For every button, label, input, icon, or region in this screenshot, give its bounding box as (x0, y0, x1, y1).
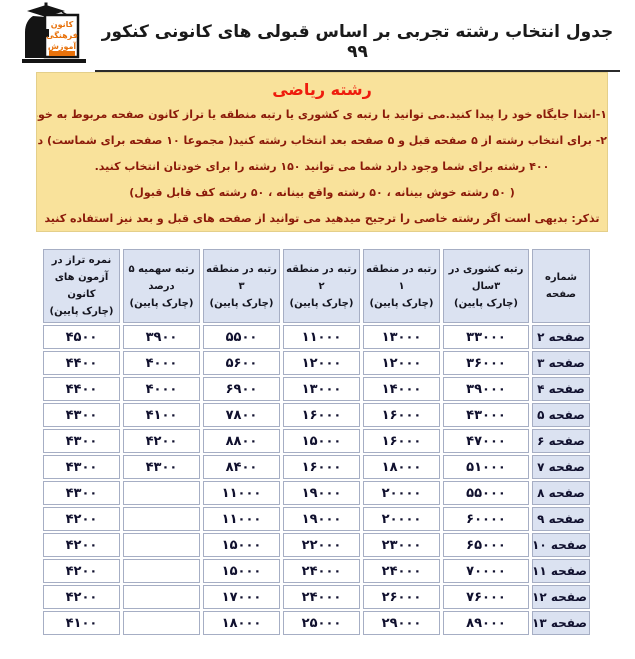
cell-region1: ۱۸۰۰۰ (363, 455, 440, 479)
cell-page: صفحه ۱۱ (532, 559, 590, 583)
col-header-sub: (چارک پایین) (285, 295, 358, 312)
cell-quota5: ۴۰۰۰ (123, 377, 200, 401)
cell-national: ۵۵۰۰۰ (443, 481, 529, 505)
col-header-national-rank: رتبه کشوری در ۳سال(چارک پایین) (443, 249, 529, 323)
cell-taraz: ۴۱۰۰ (43, 611, 120, 635)
cell-region3: ۵۵۰۰ (203, 325, 280, 349)
notice-line: ۱-ابتدا جایگاه خود را پیدا کنید.می توانی… (37, 102, 607, 128)
col-header-kanoon-score: نمره تراز در آزمون های کانون(چارک پایین) (43, 249, 120, 323)
cell-page: صفحه ۴ (532, 377, 590, 401)
table-row: صفحه ۳۳۶۰۰۰۱۲۰۰۰۱۲۰۰۰۵۶۰۰۴۰۰۰۴۴۰۰ (43, 351, 590, 375)
cell-region2: ۱۲۰۰۰ (283, 351, 360, 375)
cell-region3: ۵۶۰۰ (203, 351, 280, 375)
col-header-label: رتبه سهمیه ۵ درصد (128, 264, 194, 292)
col-header-quota5-rank: رتبه سهمیه ۵ درصد(چارک پایین) (123, 249, 200, 323)
cell-national: ۷۰۰۰۰ (443, 559, 529, 583)
cell-quota5 (123, 507, 200, 531)
cell-region2: ۲۲۰۰۰ (283, 533, 360, 557)
logo-word-2: فرهنگی (46, 30, 78, 40)
table-row: صفحه ۵۴۳۰۰۰۱۶۰۰۰۱۶۰۰۰۷۸۰۰۴۱۰۰۴۳۰۰ (43, 403, 590, 427)
cell-national: ۸۹۰۰۰ (443, 611, 529, 635)
page-title: جدول انتخاب رشته تجربی بر اساس قبولی های… (102, 22, 614, 62)
cell-region1: ۲۴۰۰۰ (363, 559, 440, 583)
cell-quota5 (123, 481, 200, 505)
table-row: صفحه ۱۰۶۵۰۰۰۲۳۰۰۰۲۲۰۰۰۱۵۰۰۰۴۲۰۰ (43, 533, 590, 557)
notice-line: تذکر: بدیهی است اگر رشته خاصی را ترجیح م… (37, 206, 607, 232)
col-header-label: رتبه در منطقه ۱ (366, 264, 437, 292)
cell-region1: ۲۰۰۰۰ (363, 481, 440, 505)
cell-quota5: ۴۰۰۰ (123, 351, 200, 375)
cell-national: ۳۶۰۰۰ (443, 351, 529, 375)
table-row: صفحه ۴۳۹۰۰۰۱۴۰۰۰۱۳۰۰۰۶۹۰۰۴۰۰۰۴۴۰۰ (43, 377, 590, 401)
cell-region1: ۲۳۰۰۰ (363, 533, 440, 557)
cell-page: صفحه ۷ (532, 455, 590, 479)
cell-region2: ۱۹۰۰۰ (283, 507, 360, 531)
cell-region3: ۷۸۰۰ (203, 403, 280, 427)
cell-region3: ۱۱۰۰۰ (203, 507, 280, 531)
cell-taraz: ۴۳۰۰ (43, 403, 120, 427)
cell-taraz: ۴۵۰۰ (43, 325, 120, 349)
cell-region1: ۱۶۰۰۰ (363, 403, 440, 427)
cell-page: صفحه ۹ (532, 507, 590, 531)
notice-line: ۴۰۰ رشته برای شما وجود دارد شما می توانی… (37, 154, 607, 180)
notice-box: رشته ریاضی ۱-ابتدا جایگاه خود را پیدا کن… (36, 72, 608, 232)
cell-region2: ۱۶۰۰۰ (283, 455, 360, 479)
cell-region2: ۱۵۰۰۰ (283, 429, 360, 453)
table-row: صفحه ۶۴۷۰۰۰۱۶۰۰۰۱۵۰۰۰۸۸۰۰۴۲۰۰۴۳۰۰ (43, 429, 590, 453)
document-header: جدول انتخاب رشته تجربی بر اساس قبولی های… (95, 22, 620, 72)
cell-region3: ۱۵۰۰۰ (203, 559, 280, 583)
cell-page: صفحه ۱۰ (532, 533, 590, 557)
cell-taraz: ۴۴۰۰ (43, 351, 120, 375)
cell-taraz: ۴۳۰۰ (43, 429, 120, 453)
col-header-region1-rank: رتبه در منطقه ۱(چارک پایین) (363, 249, 440, 323)
cell-taraz: ۴۳۰۰ (43, 481, 120, 505)
table-row: صفحه ۷۵۱۰۰۰۱۸۰۰۰۱۶۰۰۰۸۴۰۰۴۳۰۰۴۳۰۰ (43, 455, 590, 479)
col-header-sub: (چارک پایین) (45, 303, 118, 320)
logo-word-3: آموزش (48, 41, 77, 52)
cell-taraz: ۴۴۰۰ (43, 377, 120, 401)
cell-taraz: ۴۳۰۰ (43, 455, 120, 479)
cell-region3: ۱۷۰۰۰ (203, 585, 280, 609)
cell-region2: ۲۵۰۰۰ (283, 611, 360, 635)
cell-taraz: ۴۲۰۰ (43, 585, 120, 609)
cell-region2: ۱۶۰۰۰ (283, 403, 360, 427)
cell-quota5 (123, 585, 200, 609)
cell-region3: ۱۸۰۰۰ (203, 611, 280, 635)
cell-quota5: ۴۱۰۰ (123, 403, 200, 427)
cell-quota5 (123, 533, 200, 557)
notice-line: ( ۵۰ رشته خوش بینانه ، ۵۰ رشته واقع بینا… (37, 180, 607, 206)
col-header-sub: (چارک پایین) (445, 295, 527, 312)
cell-national: ۴۷۰۰۰ (443, 429, 529, 453)
col-header-label: رتبه کشوری در ۳سال (449, 264, 524, 292)
cell-region1: ۱۴۰۰۰ (363, 377, 440, 401)
cell-national: ۶۰۰۰۰ (443, 507, 529, 531)
cell-page: صفحه ۱۲ (532, 585, 590, 609)
cell-national: ۴۳۰۰۰ (443, 403, 529, 427)
cell-region1: ۱۶۰۰۰ (363, 429, 440, 453)
cell-region1: ۱۲۰۰۰ (363, 351, 440, 375)
cell-region2: ۲۴۰۰۰ (283, 559, 360, 583)
col-header-label: رتبه در منطقه ۲ (286, 264, 357, 292)
cell-national: ۳۳۰۰۰ (443, 325, 529, 349)
table-row: صفحه ۱۳۸۹۰۰۰۲۹۰۰۰۲۵۰۰۰۱۸۰۰۰۴۱۰۰ (43, 611, 590, 635)
cell-region3: ۸۸۰۰ (203, 429, 280, 453)
document-page: کانون فرهنگی آموزش جدول انتخاب رشته تجرب… (0, 0, 635, 659)
logo-word-1: کانون (51, 20, 74, 29)
col-header-sub: (چارک پایین) (205, 295, 278, 312)
cell-region2: ۱۱۰۰۰ (283, 325, 360, 349)
cell-taraz: ۴۲۰۰ (43, 559, 120, 583)
cell-taraz: ۴۲۰۰ (43, 507, 120, 531)
cell-national: ۵۱۰۰۰ (443, 455, 529, 479)
table-row: صفحه ۲۳۳۰۰۰۱۳۰۰۰۱۱۰۰۰۵۵۰۰۳۹۰۰۴۵۰۰ (43, 325, 590, 349)
cell-page: صفحه ۶ (532, 429, 590, 453)
graduate-logo-icon: کانون فرهنگی آموزش (12, 2, 88, 64)
cell-region1: ۲۹۰۰۰ (363, 611, 440, 635)
cell-region2: ۱۳۰۰۰ (283, 377, 360, 401)
cell-quota5: ۴۲۰۰ (123, 429, 200, 453)
col-header-sub: (چارک پایین) (365, 295, 438, 312)
table-row: صفحه ۹۶۰۰۰۰۲۰۰۰۰۱۹۰۰۰۱۱۰۰۰۴۲۰۰ (43, 507, 590, 531)
major-title: رشته ریاضی (37, 77, 607, 102)
cell-region3: ۶۹۰۰ (203, 377, 280, 401)
table-header-row: شماره صفحه رتبه کشوری در ۳سال(چارک پایین… (43, 249, 590, 323)
cell-region2: ۲۴۰۰۰ (283, 585, 360, 609)
cell-taraz: ۴۲۰۰ (43, 533, 120, 557)
cell-quota5: ۳۹۰۰ (123, 325, 200, 349)
table-row: صفحه ۱۲۷۶۰۰۰۲۶۰۰۰۲۴۰۰۰۱۷۰۰۰۴۲۰۰ (43, 585, 590, 609)
col-header-region2-rank: رتبه در منطقه ۲(چارک پایین) (283, 249, 360, 323)
col-header-label: رتبه در منطقه ۳ (206, 264, 277, 292)
cell-region1: ۲۶۰۰۰ (363, 585, 440, 609)
cell-region3: ۸۴۰۰ (203, 455, 280, 479)
cell-national: ۷۶۰۰۰ (443, 585, 529, 609)
col-header-region3-rank: رتبه در منطقه ۳(چارک پایین) (203, 249, 280, 323)
cell-quota5: ۴۳۰۰ (123, 455, 200, 479)
cell-quota5 (123, 611, 200, 635)
cell-page: صفحه ۵ (532, 403, 590, 427)
table-row: صفحه ۱۱۷۰۰۰۰۲۴۰۰۰۲۴۰۰۰۱۵۰۰۰۴۲۰۰ (43, 559, 590, 583)
cell-region1: ۲۰۰۰۰ (363, 507, 440, 531)
col-header-page: شماره صفحه (532, 249, 590, 323)
notice-line: ۲- برای انتخاب رشته از ۵ صفحه قبل و ۵ صف… (37, 128, 607, 154)
cell-page: صفحه ۸ (532, 481, 590, 505)
cell-national: ۳۹۰۰۰ (443, 377, 529, 401)
cell-region1: ۱۳۰۰۰ (363, 325, 440, 349)
cell-page: صفحه ۳ (532, 351, 590, 375)
cell-quota5 (123, 559, 200, 583)
col-header-label: شماره صفحه (545, 272, 577, 300)
table-row: صفحه ۸۵۵۰۰۰۲۰۰۰۰۱۹۰۰۰۱۱۰۰۰۴۳۰۰ (43, 481, 590, 505)
col-header-label: نمره تراز در آزمون های کانون (52, 255, 112, 300)
cell-region3: ۱۵۰۰۰ (203, 533, 280, 557)
cell-region3: ۱۱۰۰۰ (203, 481, 280, 505)
col-header-sub: (چارک پایین) (125, 295, 198, 312)
cell-page: صفحه ۱۳ (532, 611, 590, 635)
cell-page: صفحه ۲ (532, 325, 590, 349)
kanoon-logo: کانون فرهنگی آموزش (12, 2, 88, 64)
cell-region2: ۱۹۰۰۰ (283, 481, 360, 505)
table-body: صفحه ۲۳۳۰۰۰۱۳۰۰۰۱۱۰۰۰۵۵۰۰۳۹۰۰۴۵۰۰صفحه ۳۳… (43, 325, 590, 635)
ranks-table: شماره صفحه رتبه کشوری در ۳سال(چارک پایین… (40, 247, 593, 637)
cell-national: ۶۵۰۰۰ (443, 533, 529, 557)
